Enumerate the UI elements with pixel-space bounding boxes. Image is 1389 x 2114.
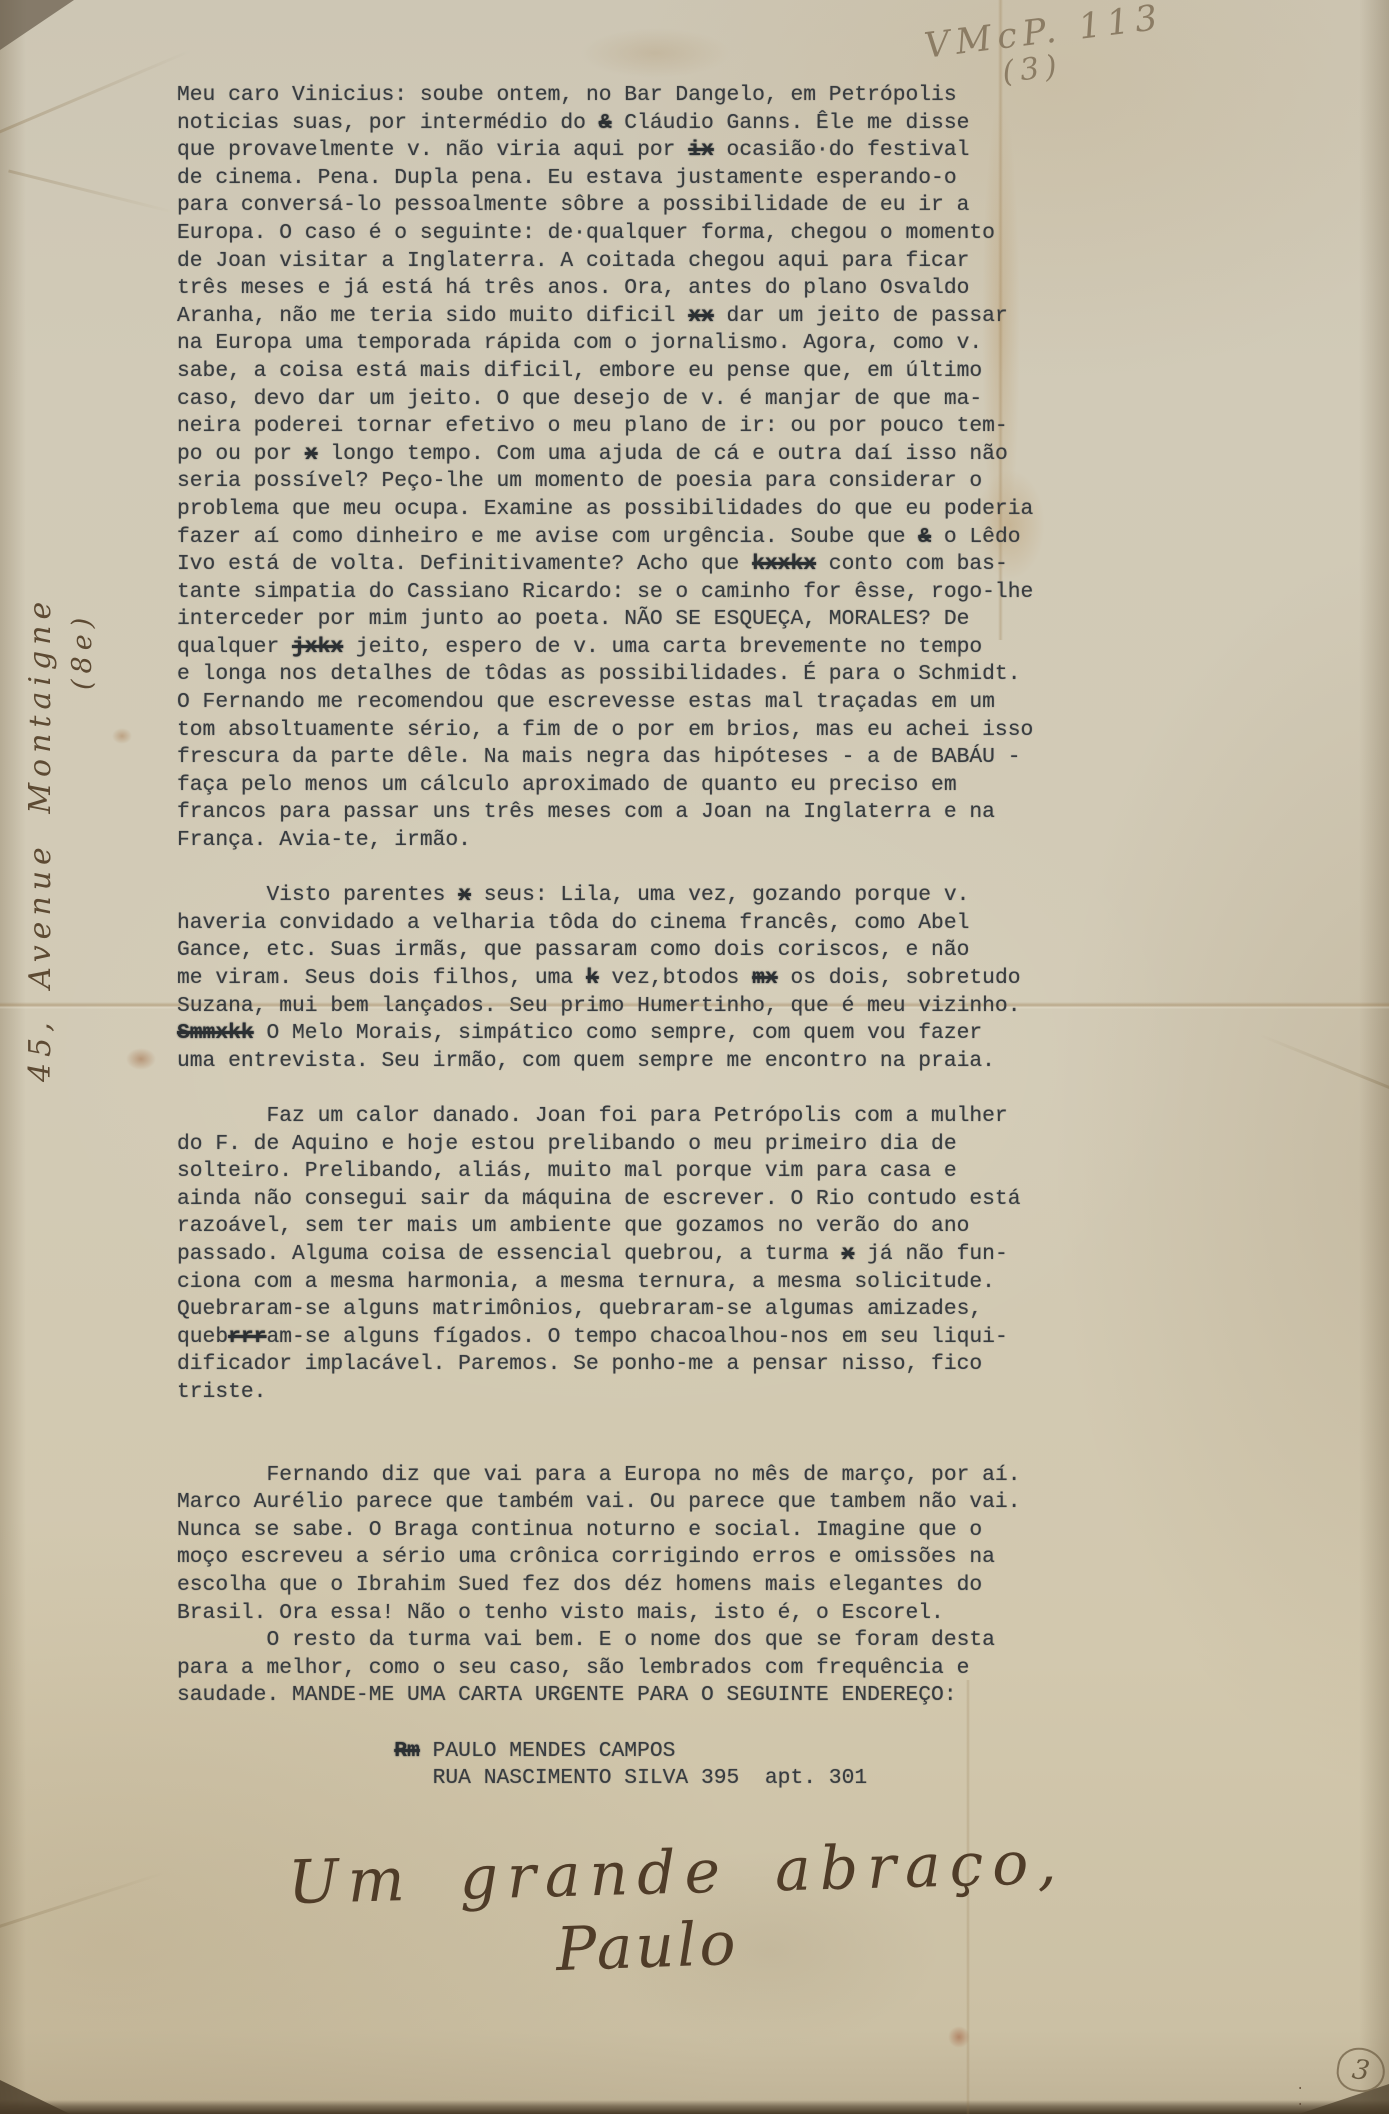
typed-line: Suzana, mui bem lançados. Seu primo Hume… xyxy=(177,993,1077,1021)
typed-line: Nunca se sabe. O Braga continua noturno … xyxy=(177,1517,1077,1545)
typed-line: dificador implacável. Paremos. Se ponho-… xyxy=(177,1351,1077,1379)
typed-line: escolha que o Ibrahim Sued fez dos déz h… xyxy=(177,1572,1077,1600)
typed-line: Aranha, não me teria sido muito dificil … xyxy=(177,303,1077,331)
typed-line: de cinema. Pena. Dupla pena. Eu estava j… xyxy=(177,165,1077,193)
margin-address-street: 45, Avenue Montaigne xyxy=(20,282,62,1082)
typed-line: frescura da parte dêle. Na mais negra da… xyxy=(177,744,1077,772)
typed-line xyxy=(177,1075,1077,1103)
typed-line xyxy=(177,1710,1077,1738)
typed-line: neira poderei tornar efetivo o meu plano… xyxy=(177,413,1077,441)
typed-line: Smmxkk O Melo Morais, simpático como sem… xyxy=(177,1020,1077,1048)
typed-line: me viram. Seus dois filhos, uma k vez,bt… xyxy=(177,965,1077,993)
typed-line: ciona com a mesma harmonia, a mesma tern… xyxy=(177,1269,1077,1297)
typed-line: noticias suas, por intermédio do & Cláud… xyxy=(177,110,1077,138)
typed-line: haveria convidado a velharia tôda do cin… xyxy=(177,910,1077,938)
typed-line: po ou por x longo tempo. Com uma ajuda d… xyxy=(177,441,1077,469)
typed-line xyxy=(177,1434,1077,1462)
typed-line: tom absoltuamente sério, a fim de o por … xyxy=(177,717,1077,745)
typed-line: Fernando diz que vai para a Europa no mê… xyxy=(177,1462,1077,1490)
typed-line: solteiro. Prelibando, aliás, muito mal p… xyxy=(177,1158,1077,1186)
typed-line: sabe, a coisa está mais dificil, embore … xyxy=(177,358,1077,386)
typed-line: de Joan visitar a Inglaterra. A coitada … xyxy=(177,248,1077,276)
typed-line: para conversá-lo pessoalmente sôbre a po… xyxy=(177,192,1077,220)
typed-line: Visto parentes x seus: Lila, uma vez, go… xyxy=(177,882,1077,910)
typed-line: que provavelmente v. não viria aqui por … xyxy=(177,137,1077,165)
typed-line: uma entrevista. Seu irmão, com quem semp… xyxy=(177,1048,1077,1076)
typed-line: qualquer jxkx jeito, espero de v. uma ca… xyxy=(177,634,1077,662)
typed-line: Marco Aurélio parece que também vai. Ou … xyxy=(177,1489,1077,1517)
typed-line: Ivo está de volta. Definitivamente? Acho… xyxy=(177,551,1077,579)
margin-address-district: (8e) xyxy=(62,282,104,1082)
typed-line: do F. de Aquino e hoje estou prelibando … xyxy=(177,1131,1077,1159)
typed-line: Gance, etc. Suas irmãs, que passaram com… xyxy=(177,937,1077,965)
typed-line: O Fernando me recomendou que escrevesse … xyxy=(177,689,1077,717)
typed-line: razoável, sem ter mais um ambiente que g… xyxy=(177,1213,1077,1241)
typed-line: na Europa uma temporada rápida com o jor… xyxy=(177,330,1077,358)
typed-line: para a melhor, como o seu caso, são lemb… xyxy=(177,1655,1077,1683)
typed-line: Brasil. Ora essa! Não o tenho visto mais… xyxy=(177,1600,1077,1628)
typed-line: saudade. MANDE-ME UMA CARTA URGENTE PARA… xyxy=(177,1682,1077,1710)
typed-line: seria possível? Peço-lhe um momento de p… xyxy=(177,468,1077,496)
typed-line: tante simpatia do Cassiano Ricardo: se o… xyxy=(177,579,1077,607)
typed-line: O resto da turma vai bem. E o nome dos q… xyxy=(177,1627,1077,1655)
paper-edge-shadow-bottom xyxy=(0,2100,1389,2114)
typed-line: interceder por mim junto ao poeta. NÃO S… xyxy=(177,606,1077,634)
typed-line: França. Avia-te, irmão. xyxy=(177,827,1077,855)
scanned-letter-page: VMcP. 113 (3) Meu caro Vinicius: soube o… xyxy=(0,0,1389,2114)
typed-line: Faz um calor danado. Joan foi para Petró… xyxy=(177,1103,1077,1131)
typed-line: passado. Alguma coisa de essencial quebr… xyxy=(177,1241,1077,1269)
typed-line xyxy=(177,1407,1077,1435)
typed-line: Rm PAULO MENDES CAMPOS xyxy=(177,1738,1077,1766)
typed-line xyxy=(177,855,1077,883)
typed-line: francos para passar uns três meses com a… xyxy=(177,799,1077,827)
typed-line: fazer aí como dinheiro e me avise com ur… xyxy=(177,524,1077,552)
paper-edge-shadow-right xyxy=(1359,0,1389,2114)
letter-body: Meu caro Vinicius: soube ontem, no Bar D… xyxy=(177,82,1077,1793)
typed-line: triste. xyxy=(177,1379,1077,1407)
typed-line: quebrrram-se alguns fígados. O tempo cha… xyxy=(177,1324,1077,1352)
typed-line: Meu caro Vinicius: soube ontem, no Bar D… xyxy=(177,82,1077,110)
typed-line: e longa nos detalhes de tôdas as possibi… xyxy=(177,661,1077,689)
handwritten-signature: Paulo xyxy=(555,1909,740,1985)
pencil-marks: . . xyxy=(1296,2078,1322,2084)
typed-line: ainda não consegui sair da máquina de es… xyxy=(177,1186,1077,1214)
margin-address-note: 45, Avenue Montaigne (8e) xyxy=(20,282,104,1082)
typed-line: três meses e já está há três anos. Ora, … xyxy=(177,275,1077,303)
typed-line: caso, devo dar um jeito. O que desejo de… xyxy=(177,386,1077,414)
typed-line: Quebraram-se alguns matrimônios, quebrar… xyxy=(177,1296,1077,1324)
typed-line: RUA NASCIMENTO SILVA 395 apt. 301 xyxy=(177,1765,1077,1793)
typed-line: problema que meu ocupa. Examine as possi… xyxy=(177,496,1077,524)
typed-line: faça pelo menos um cálculo aproximado de… xyxy=(177,772,1077,800)
typed-line: Europa. O caso é o seguinte: de·qualquer… xyxy=(177,220,1077,248)
typed-line: moço escreveu a sério uma crônica corrig… xyxy=(177,1544,1077,1572)
